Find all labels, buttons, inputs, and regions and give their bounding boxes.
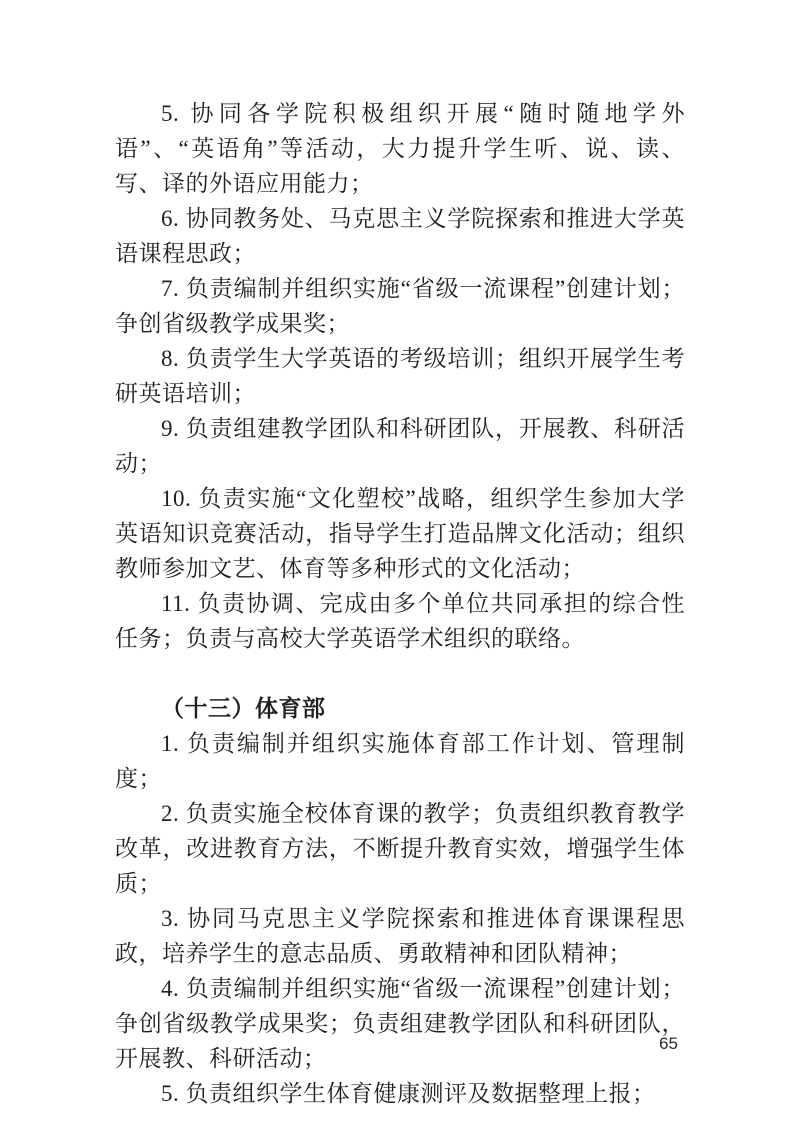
duty-item-paragraph: 3. 协同马克思主义学院探索和推进体育课课程思政，培养学生的意志品质、勇敢精神和… — [115, 901, 685, 971]
duty-item-paragraph: 6. 协同教务处、马克思主义学院探索和推进大学英语课程思政； — [115, 201, 685, 271]
duty-item-paragraph: 2. 负责实施全校体育课的教学；负责组织教育教学改革，改进教育方法，不断提升教育… — [115, 796, 685, 901]
duty-item-paragraph: 1. 负责编制并组织实施体育部工作计划、管理制度； — [115, 726, 685, 796]
duty-item-paragraph: 5. 协同各学院积极组织开展“随时随地学外语”、“英语角”等活动，大力提升学生听… — [115, 96, 685, 201]
duty-item-paragraph: 10. 负责实施“文化塑校”战略，组织学生参加大学英语知识竞赛活动，指导学生打造… — [115, 481, 685, 586]
page-number: 65 — [659, 1034, 678, 1054]
duty-item-paragraph: 8. 负责学生大学英语的考级培训；组织开展学生考研英语培训； — [115, 341, 685, 411]
duty-item-paragraph: 7. 负责编制并组织实施“省级一流课程”创建计划；争创省级教学成果奖； — [115, 271, 685, 341]
duty-item-paragraph: 4. 负责编制并组织实施“省级一流课程”创建计划；争创省级教学成果奖；负责组建教… — [115, 971, 685, 1076]
document-page: 5. 协同各学院积极组织开展“随时随地学外语”、“英语角”等活动，大力提升学生听… — [0, 0, 799, 1131]
duty-item-paragraph: 5. 负责组织学生体育健康测评及数据整理上报； — [115, 1076, 685, 1111]
document-body: 5. 协同各学院积极组织开展“随时随地学外语”、“英语角”等活动，大力提升学生听… — [115, 96, 685, 1111]
duty-item-paragraph: 9. 负责组建教学团队和科研团队，开展教、科研活动； — [115, 411, 685, 481]
section-heading-sports-department: （十三）体育部 — [115, 691, 685, 726]
duty-item-paragraph: 11. 负责协调、完成由多个单位共同承担的综合性任务；负责与高校大学英语学术组织… — [115, 586, 685, 656]
